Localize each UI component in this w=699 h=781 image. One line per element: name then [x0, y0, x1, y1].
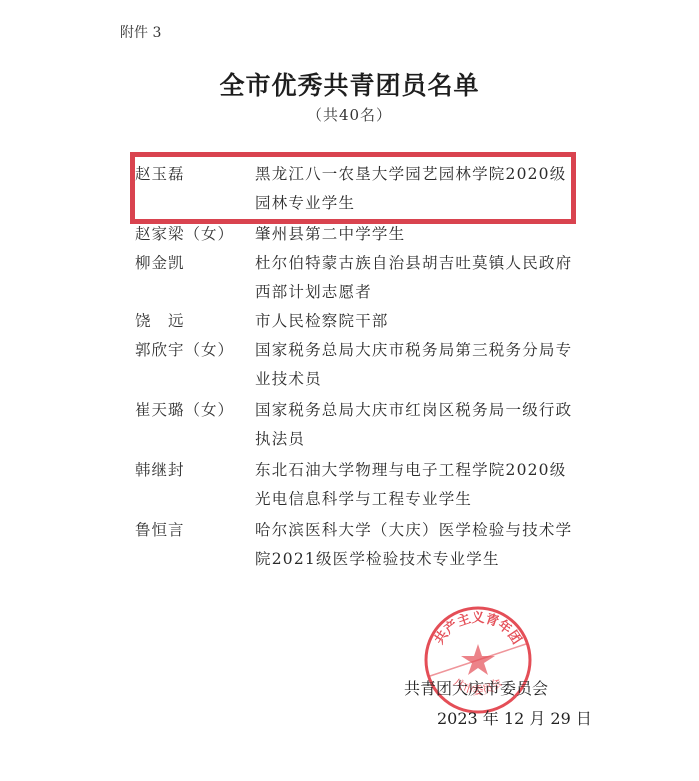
- member-description: 市人民检察院干部: [255, 307, 573, 336]
- list-item: 柳金凯 杜尔伯特蒙古族自治县胡吉吐莫镇人民政府西部计划志愿者: [135, 249, 575, 307]
- svg-text:共产主义青年团: 共产主义青年团: [431, 611, 525, 648]
- member-name: 郭欣宇（女）: [135, 336, 255, 365]
- list-item: 郭欣宇（女） 国家税务总局大庆市税务局第三税务分局专业技术员: [135, 336, 575, 394]
- list-item: 崔天璐（女） 国家税务总局大庆市红岗区税务局一级行政执法员: [135, 396, 575, 454]
- attachment-label: 附件 3: [120, 22, 161, 42]
- member-list: 赵玉磊 黑龙江八一农垦大学园艺园林学院2020级园林专业学生 赵家梁（女） 肇州…: [135, 160, 575, 574]
- member-name: 崔天璐（女）: [135, 396, 255, 425]
- list-item: 饶 远 市人民检察院干部: [135, 307, 575, 336]
- member-description: 黑龙江八一农垦大学园艺园林学院2020级园林专业学生: [255, 160, 573, 218]
- member-name: 鲁恒言: [135, 516, 255, 545]
- list-item: 赵玉磊 黑龙江八一农垦大学园艺园林学院2020级园林专业学生: [135, 160, 575, 218]
- member-description: 国家税务总局大庆市红岗区税务局一级行政执法员: [255, 396, 573, 454]
- list-item: 鲁恒言 哈尔滨医科大学（大庆）医学检验与技术学院2021级医学检验技术专业学生: [135, 516, 575, 574]
- member-description: 肇州县第二中学学生: [255, 220, 573, 249]
- official-seal-icon: 共产主义青年团 庆市委员会: [422, 604, 534, 716]
- member-name: 韩继封: [135, 456, 255, 485]
- member-description: 哈尔滨医科大学（大庆）医学检验与技术学院2021级医学检验技术专业学生: [255, 516, 573, 574]
- member-name: 赵家梁（女）: [135, 220, 255, 249]
- document-title: 全市优秀共青团员名单: [0, 66, 699, 102]
- member-description: 国家税务总局大庆市税务局第三税务分局专业技术员: [255, 336, 573, 394]
- member-name: 饶 远: [135, 307, 255, 336]
- member-name: 柳金凯: [135, 249, 255, 278]
- member-description: 东北石油大学物理与电子工程学院2020级光电信息科学与工程专业学生: [255, 456, 573, 514]
- list-item: 韩继封 东北石油大学物理与电子工程学院2020级光电信息科学与工程专业学生: [135, 456, 575, 514]
- list-item: 赵家梁（女） 肇州县第二中学学生: [135, 220, 575, 249]
- issue-date: 2023 年 12 月 29 日: [437, 706, 592, 729]
- member-description: 杜尔伯特蒙古族自治县胡吉吐莫镇人民政府西部计划志愿者: [255, 249, 573, 307]
- count-label: （共40名）: [0, 104, 699, 125]
- issuer-signature: 共青团大庆市委员会: [404, 676, 548, 699]
- member-name: 赵玉磊: [135, 160, 255, 189]
